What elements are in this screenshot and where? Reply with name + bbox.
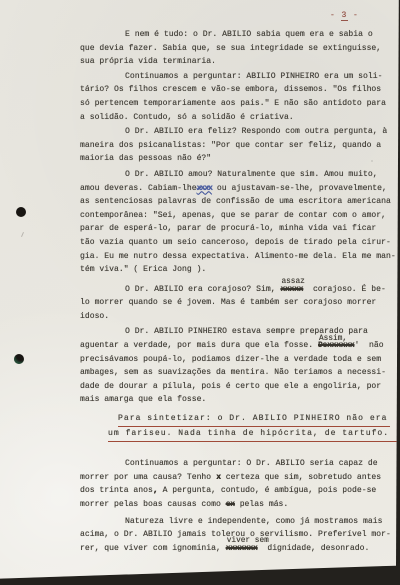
paragraph: Continuamos a perguntar: ABILIO PINHEIRO… (80, 70, 396, 124)
text-segment: aguentar a verdade, por mais dura que el… (80, 341, 318, 350)
text-line: dade de dourar a pílula, pois é certo qu… (80, 380, 396, 394)
text-line: Continuamos a perguntar: O Dr. ABILIO se… (80, 457, 396, 471)
text-segment: O Dr. ABILIO era feliz? Respondo com out… (125, 127, 387, 136)
text-segment: que devia fazer. Sabia que, se sua integ… (80, 44, 381, 53)
page-number-value: 3 (341, 11, 348, 21)
text-line: um fariseu. Nada tinha de hipócrita, de … (108, 427, 396, 442)
typed-correction: xxxxxxxviver sem (226, 542, 258, 556)
text-segment: gia. Eu me nutro dessa expectativa. Alim… (80, 252, 396, 261)
text-line: maioria das pessoas não é?" (80, 152, 396, 166)
text-line: só pertencem temporariamente aos pais." … (80, 97, 396, 111)
page-number-suffix: - (348, 11, 359, 20)
text-line: O Dr. ABILIO era feliz? Respondo com out… (80, 125, 396, 139)
paper-sheet: - 3 - E nem é tudo: o Dr. ABILIO sabia q… (0, 0, 400, 585)
paragraph: O Dr. ABILIO amou? Naturalmente que sim.… (80, 168, 396, 277)
text-line: tão vazia quanto um seio canceroso, depo… (80, 236, 396, 250)
text-segment: dos trinta anos (80, 486, 153, 495)
text-line: ambages, sem as suavizações da mentira. … (80, 366, 396, 380)
superscript-correction: assaz (281, 276, 304, 290)
struck-text: ex (226, 500, 235, 509)
text-line: mais amarga que ela fosse. (80, 393, 396, 407)
text-line: dos trinta anos, A pergunta, contudo, é … (80, 484, 396, 498)
text-segment: dignidade, desonrado. (258, 544, 370, 553)
text-segment: O Dr. ABILIO amou? Naturalmente que sim.… (125, 170, 378, 179)
text-line: idoso. (80, 310, 396, 324)
text-segment: tão vazia quanto um seio canceroso, depo… (80, 238, 391, 247)
text-segment: Natureza livre e independente, como já m… (125, 517, 382, 526)
text-line: maneira dos psicanalistas: "Por que cont… (80, 139, 396, 153)
text-line: O Dr. ABILIO amou? Naturalmente que sim.… (80, 168, 396, 182)
text-segment: A pergunta, contudo, é ambígua, pois pod… (158, 486, 377, 495)
page-number: - 3 - (330, 11, 358, 20)
text-line: que devia fazer. Sabia que, se sua integ… (80, 42, 396, 56)
underlined-text: Para sintetizar: o Dr. ABILIO PINHEIRO n… (118, 412, 390, 427)
text-line: aguentar a verdade, por mais dura que el… (80, 339, 396, 353)
typed-correction: xxxxxassaz (280, 283, 303, 297)
text-segment: contemporânea: "Sei, apenas, que se para… (80, 211, 386, 220)
scanned-document: { "page": { "number": { "prefix": "- ", … (0, 0, 400, 585)
paragraph: E nem é tudo: o Dr. ABILIO sabia quem er… (80, 28, 396, 69)
text-segment: a solidão. Contudo, só a solidão é criat… (80, 113, 294, 122)
text-segment: precisávamos poupá-lo, podiamos dizer-lh… (80, 355, 381, 364)
text-segment: dade de dourar a pílula, pois é certo qu… (80, 382, 381, 391)
hole-punch-icon (14, 354, 24, 364)
text-segment: parar de esperá-lo, parar de procurá-lo,… (80, 224, 376, 233)
paper-speck (21, 232, 24, 237)
text-line: Para sintetizar: o Dr. ABILIO PINHEIRO n… (118, 412, 396, 427)
text-segment: morrer pelas boas causas como (80, 500, 226, 509)
text-segment: Continuamos a perguntar: O Dr. ABILIO se… (125, 459, 378, 468)
paragraph: O Dr. ABILIO PINHEIRO estava sempre prep… (80, 325, 396, 407)
text-segment: amou deveras. Cabiam-lhe (80, 184, 197, 193)
text-segment: um fariseu. Nada tinha de hipócrita, de … (108, 429, 389, 438)
text-line: parar de esperá-lo, parar de procurá-lo,… (80, 222, 396, 236)
hole-punch-icon (16, 207, 26, 217)
paragraph: O Dr. ABILIO era corajoso? Sim, xxxxxass… (80, 283, 396, 324)
paragraph: Continuamos a perguntar: O Dr. ABILIO se… (80, 457, 396, 511)
text-segment: morrer por uma causa? Tenho (80, 473, 216, 482)
text-segment: sua própria vida terminaria. (80, 57, 216, 66)
text-segment: tém viva." ( Erica Jong ). (80, 265, 206, 274)
text-segment: lo morrer quando se é jovem. Mas é també… (80, 298, 376, 307)
text-line: contemporânea: "Sei, apenas, que se para… (80, 209, 396, 223)
text-segment: ' não (354, 341, 383, 350)
text-line: E nem é tudo: o Dr. ABILIO sabia quem er… (80, 28, 396, 42)
text-line: sua própria vida terminaria. (80, 55, 396, 69)
text-line: O Dr. ABILIO era corajoso? Sim, xxxxxass… (80, 283, 396, 297)
text-line: amou deveras. Cabiam-lhexxxx ou ajustava… (80, 182, 396, 196)
text-segment: as sentenciosas palavras de confissão de… (80, 197, 391, 206)
text-segment: idoso. (80, 312, 109, 321)
text-line: precisávamos poupá-lo, podiamos dizer-lh… (80, 353, 396, 367)
text-segment: corajoso. É be- (303, 285, 386, 294)
text-line: O Dr. ABILIO PINHEIRO estava sempre prep… (80, 325, 396, 339)
text-segment: Para sintetizar: o Dr. ABILIO PINHEIRO n… (118, 414, 387, 423)
text-segment: O Dr. ABILIO era corajoso? Sim, (125, 285, 280, 294)
text-segment: maneira dos psicanalistas: "Por que cont… (80, 141, 381, 150)
text-segment: ou ajustavam-se-lhe, provavelmente, (212, 184, 387, 193)
text-line: Continuamos a perguntar: ABILIO PINHEIRO… (80, 70, 396, 84)
text-segment: só pertencem temporariamente aos pais." … (80, 99, 386, 108)
text-segment: maioria das pessoas não é?" (80, 154, 211, 163)
ink-scribble: xxxx (197, 184, 212, 193)
text-line: morrer por uma causa? Tenho x certeza qu… (80, 471, 396, 485)
text-line: Natureza livre e independente, como já m… (80, 515, 396, 529)
text-segment: pelas más. (235, 500, 288, 509)
text-line: tário? Os filhos crescem e vão-se embora… (80, 83, 396, 97)
text-segment: ambages, sem as suavizações da mentira. … (80, 368, 386, 377)
typewritten-text: E nem é tudo: o Dr. ABILIO sabia quem er… (80, 28, 396, 555)
text-segment: rer, que viver com ignominia, (80, 544, 226, 553)
text-line: rer, que viver com ignominia, xxxxxxxviv… (80, 542, 396, 556)
text-segment: Continuamos a perguntar: ABILIO PINHEIRO… (125, 72, 382, 81)
text-segment: certeza que sim, sobretudo antes (221, 473, 381, 482)
text-line: a solidão. Contudo, só a solidão é criat… (80, 111, 396, 125)
paper-speck (371, 160, 373, 162)
text-line: gia. Eu me nutro dessa expectativa. Alim… (80, 250, 396, 264)
typed-correction: DexxxxxxAssim, (318, 339, 354, 353)
page-number-prefix: - (330, 11, 341, 20)
paragraph: Para sintetizar: o Dr. ABILIO PINHEIRO n… (80, 412, 396, 442)
superscript-correction: viver sem (227, 535, 269, 549)
text-line: morrer pelas boas causas como ex pelas m… (80, 498, 396, 512)
text-line: tém viva." ( Erica Jong ). (80, 263, 396, 277)
text-segment: E nem é tudo: o Dr. ABILIO sabia quem er… (125, 30, 373, 39)
text-segment: mais amarga que ela fosse. (80, 395, 206, 404)
text-line: lo morrer quando se é jovem. Mas é també… (80, 296, 396, 310)
underlined-text: um fariseu. Nada tinha de hipócrita, de … (108, 427, 400, 442)
paragraph: Natureza livre e independente, como já m… (80, 515, 396, 556)
text-segment: tário? Os filhos crescem e vão-se embora… (80, 85, 381, 94)
paragraph: O Dr. ABILIO era feliz? Respondo com out… (80, 125, 396, 166)
superscript-correction: Assim, (319, 333, 347, 347)
text-line: as sentenciosas palavras de confissão de… (80, 195, 396, 209)
